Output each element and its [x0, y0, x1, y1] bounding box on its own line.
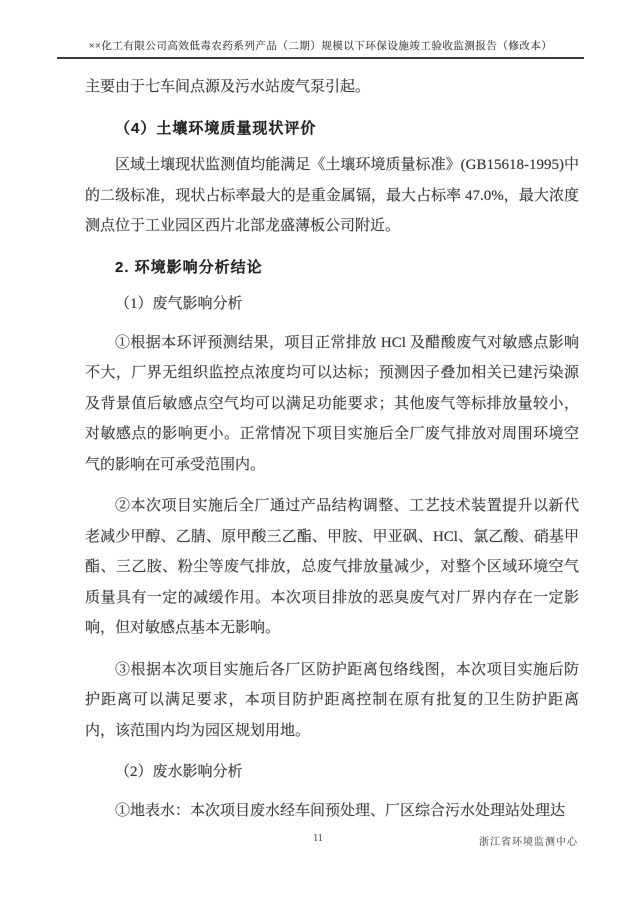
heading-soil-quality: （4）土壤环境质量现状评价: [85, 114, 579, 145]
paragraph-waste-gas-1: ①根据本环评预测结果，项目正常排放 HCl 及醋酸废气对敏感点影响不大，厂界无组…: [85, 328, 579, 481]
document-page: ××化工有限公司高效低毒农药系列产品（二期）规模以下环保设施竣工验收监测报告（修…: [0, 0, 636, 900]
paragraph-continuation: 主要由于七车间点源及污水站废气泵引起。: [85, 72, 579, 103]
document-body: 主要由于七车间点源及污水站废气泵引起。 （4）土壤环境质量现状评价 区域土壤现状…: [85, 72, 579, 837]
subheading-waste-water: （2）废水影响分析: [85, 757, 579, 788]
subheading-waste-gas: （1）废气影响分析: [85, 289, 579, 320]
heading-impact-conclusion: 2. 环境影响分析结论: [85, 253, 579, 284]
running-header: ××化工有限公司高效低毒农药系列产品（二期）规模以下环保设施竣工验收监测报告（修…: [57, 40, 584, 59]
footer-organization: 浙江省环境监测中心: [479, 833, 578, 848]
paragraph-waste-gas-2: ②本次项目实施后全厂通过产品结构调整、工艺技术装置提升以新代老减少甲醇、乙腈、原…: [85, 491, 579, 644]
paragraph-waste-gas-3: ③根据本次项目实施后各厂区防护距离包络线图，本次项目实施后防护距离可以满足要求，…: [85, 655, 579, 747]
paragraph-waste-water-1: ①地表水：本次项目废水经车间预处理、厂区综合污水处理站处理达: [85, 796, 579, 827]
paragraph-soil-quality: 区域土壤现状监测值均能满足《土壤环境质量标准》(GB15618-1995)中的二…: [85, 150, 579, 242]
